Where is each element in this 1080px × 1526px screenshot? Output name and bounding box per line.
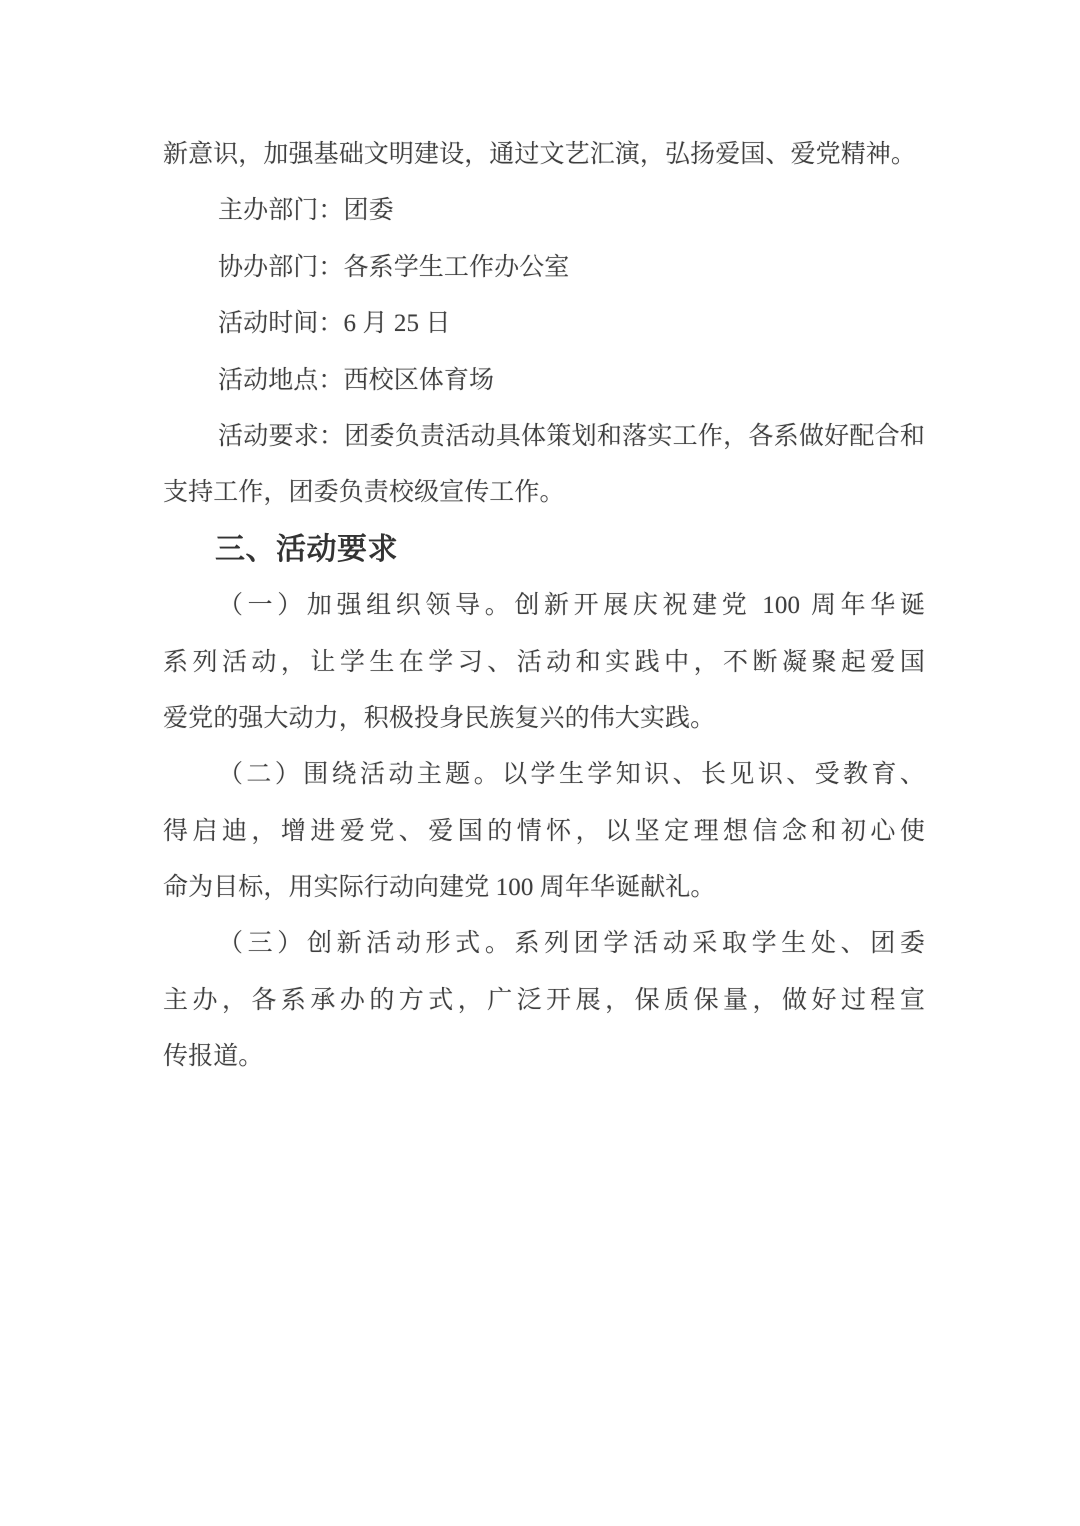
text-line: 主办部门：团委 [163, 183, 925, 239]
text-line: （三）创新活动形式。系列团学活动采取学生处、团委 [163, 916, 925, 972]
document-text-block: 新意识，加强基础文明建设，通过文艺汇演，弘扬爱国、爱党精神。主办部门：团委协办部… [163, 127, 925, 1086]
text-line: 支持工作，团委负责校级宣传工作。 [163, 465, 925, 521]
text-line: 系列活动，让学生在学习、活动和实践中，不断凝聚起爱国 [163, 635, 925, 691]
text-line: 新意识，加强基础文明建设，通过文艺汇演，弘扬爱国、爱党精神。 [163, 127, 925, 183]
section-heading: 三、活动要求 [163, 522, 925, 578]
text-line: （二）围绕活动主题。以学生学知识、长见识、受教育、 [163, 747, 925, 803]
text-line: 爱党的强大动力，积极投身民族复兴的伟大实践。 [163, 691, 925, 747]
text-line: 活动时间：6 月 25 日 [163, 296, 925, 352]
text-line: 命为目标，用实际行动向建党 100 周年华诞献礼。 [163, 860, 925, 916]
text-line: 主办，各系承办的方式，广泛开展，保质保量，做好过程宣 [163, 973, 925, 1029]
text-line: 活动地点：西校区体育场 [163, 353, 925, 409]
text-line: 传报道。 [163, 1029, 925, 1085]
text-line: （一）加强组织领导。创新开展庆祝建党 100 周年华诞 [163, 578, 925, 634]
text-line: 协办部门：各系学生工作办公室 [163, 240, 925, 296]
text-line: 得启迪，增进爱党、爱国的情怀，以坚定理想信念和初心使 [163, 804, 925, 860]
document-page: 新意识，加强基础文明建设，通过文艺汇演，弘扬爱国、爱党精神。主办部门：团委协办部… [0, 0, 1080, 1526]
text-line: 活动要求：团委负责活动具体策划和落实工作，各系做好配合和 [163, 409, 925, 465]
